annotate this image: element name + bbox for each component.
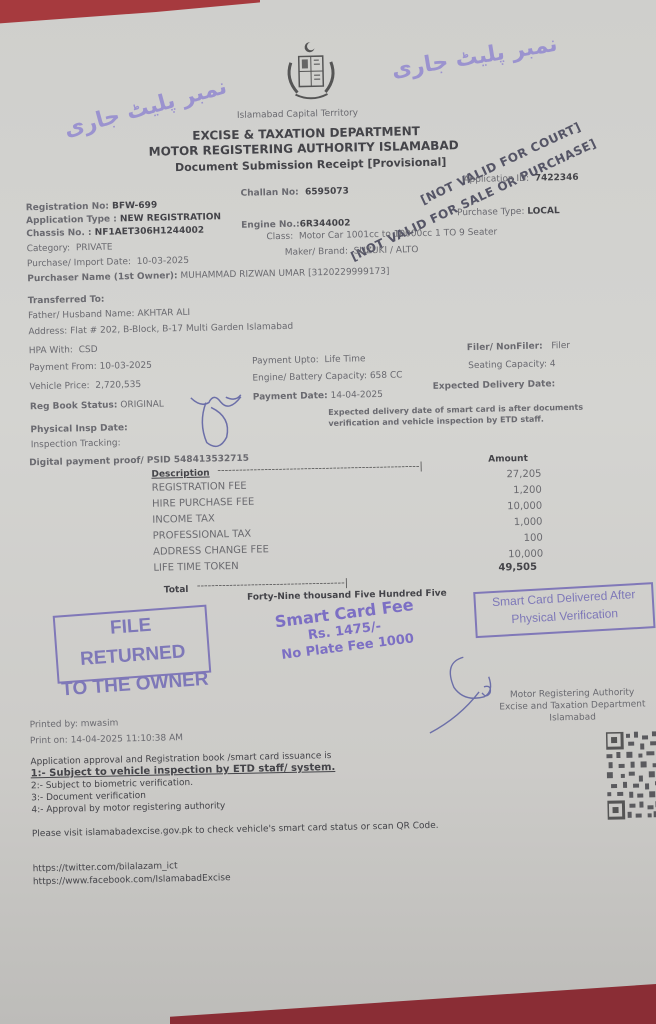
delivery-note: Expected delivery date of smart card is … <box>328 402 583 429</box>
application-id-field: Application ID: 7422346 <box>463 173 579 185</box>
smart-card-delivered-stamp: Smart Card Delivered After Physical Veri… <box>473 582 655 638</box>
application-type-field: Application Type : NEW REGISTRATION <box>26 212 221 226</box>
amount-header: Amount <box>488 454 528 465</box>
total-dashes: ----------------------------------------… <box>197 578 349 592</box>
fee-description: LIFE TIME TOKEN <box>153 561 239 574</box>
maker-brand-field: Maker/ Brand: SUZUKI / ALTO <box>285 245 419 258</box>
receipt-document: نمبر پلیٹ جاری نمبر پلیٹ جاری Islamabad … <box>0 0 656 1024</box>
fee-description: PROFESSIONAL TAX <box>153 529 252 542</box>
urdu-stamp-right: نمبر پلیٹ جاری <box>390 32 559 83</box>
challan-no-field: Challan No: 6595073 <box>240 187 348 199</box>
transferred-to-label: Transferred To: <box>28 295 105 307</box>
description-header: Description <box>151 469 209 480</box>
visit-note: Please visit islamabadexcise.gov.pk to c… <box>32 821 439 840</box>
inspection-tracking-label: Inspection Tracking: <box>31 438 121 450</box>
signature-scribble <box>186 382 257 453</box>
payment-from-field: Payment From: 10-03-2025 <box>29 361 152 374</box>
fee-amount: 27,205 <box>506 469 541 481</box>
address-field: Address: Flat # 202, B-Block, B-17 Multi… <box>28 322 293 338</box>
approval-conditions: Application approval and Registration bo… <box>30 750 336 816</box>
engine-no-field: Engine No.:6R344002 <box>241 219 350 231</box>
registration-no-field: Registration No: BFW-699 <box>26 201 158 214</box>
fee-amount: 10,000 <box>507 501 542 513</box>
total-amount: 49,505 <box>498 562 537 574</box>
fee-amount: 1,000 <box>514 517 543 529</box>
hpa-with-field: HPA With: CSD <box>29 345 98 356</box>
print-on: Print on: 14-04-2025 11:10:38 AM <box>30 733 183 746</box>
seating-capacity-field: Seating Capacity: 4 <box>468 359 556 371</box>
fee-description: ADDRESS CHANGE FEE <box>153 544 269 557</box>
fee-amount: 10,000 <box>508 549 543 561</box>
reg-book-status-field: Reg Book Status: ORIGINAL <box>30 399 164 412</box>
total-label: Total <box>164 585 189 596</box>
physical-insp-date-label: Physical Insp Date: <box>30 423 127 435</box>
fee-amount: 100 <box>524 533 543 544</box>
purchaser-name-field: Purchaser Name (1st Owner): MUHAMMAD RIZ… <box>27 267 389 285</box>
twitter-link[interactable]: https://twitter.com/bilalazam_ict <box>33 861 178 874</box>
territory-label: Islamabad Capital Territory <box>237 108 358 121</box>
payment-upto-field: Payment Upto: Life Time <box>252 354 366 366</box>
fee-description: INCOME TAX <box>152 513 215 525</box>
father-husband-field: Father/ Husband Name: AKHTAR ALI <box>28 308 190 321</box>
fee-amount: 1,200 <box>513 485 542 497</box>
receipt-title: Document Submission Receipt [Provisional… <box>175 155 447 174</box>
purchase-type-field: Purchase Type: LOCAL <box>457 206 560 218</box>
facebook-link[interactable]: https://www.facebook.com/IslamabadExcise <box>33 873 231 887</box>
fee-row: LIFE TIME TOKEN10,000 <box>153 555 543 574</box>
printed-by: Printed by: mwasim <box>30 718 119 730</box>
file-returned-stamp: FILE RETURNED TO THE OWNER <box>53 605 212 684</box>
qr-code-icon[interactable] <box>606 731 656 822</box>
category-field: Category: PRIVATE <box>27 243 113 255</box>
government-emblem-icon <box>280 40 341 103</box>
expected-delivery-label: Expected Delivery Date: <box>433 379 556 392</box>
chassis-no-field: Chassis No. : NF1AET306H1244002 <box>26 226 204 240</box>
not-valid-sale-stamp: [NOT VALID FOR SALE OR PURCHASE] <box>349 136 599 264</box>
filer-field: Filer/ NonFiler: Filer <box>467 341 570 353</box>
vehicle-price-field: Vehicle Price: 2,720,535 <box>29 380 141 392</box>
psid-field: Digital payment proof/ PSID 548413532715 <box>29 454 249 469</box>
purchase-import-date-field: Purchase/ Import Date: 10-03-2025 <box>27 256 189 269</box>
total-in-words: Forty-Nine thousand Five Hundred Five <box>247 589 447 603</box>
fee-description: HIRE PURCHASE FEE <box>152 497 255 510</box>
authority-signature-block: Motor Registering Authority Excise and T… <box>499 686 646 725</box>
engine-capacity-field: Engine/ Battery Capacity: 658 CC <box>252 370 402 383</box>
payment-date-field: Payment Date: 14-04-2025 <box>253 390 383 403</box>
fee-description: REGISTRATION FEE <box>152 481 247 494</box>
